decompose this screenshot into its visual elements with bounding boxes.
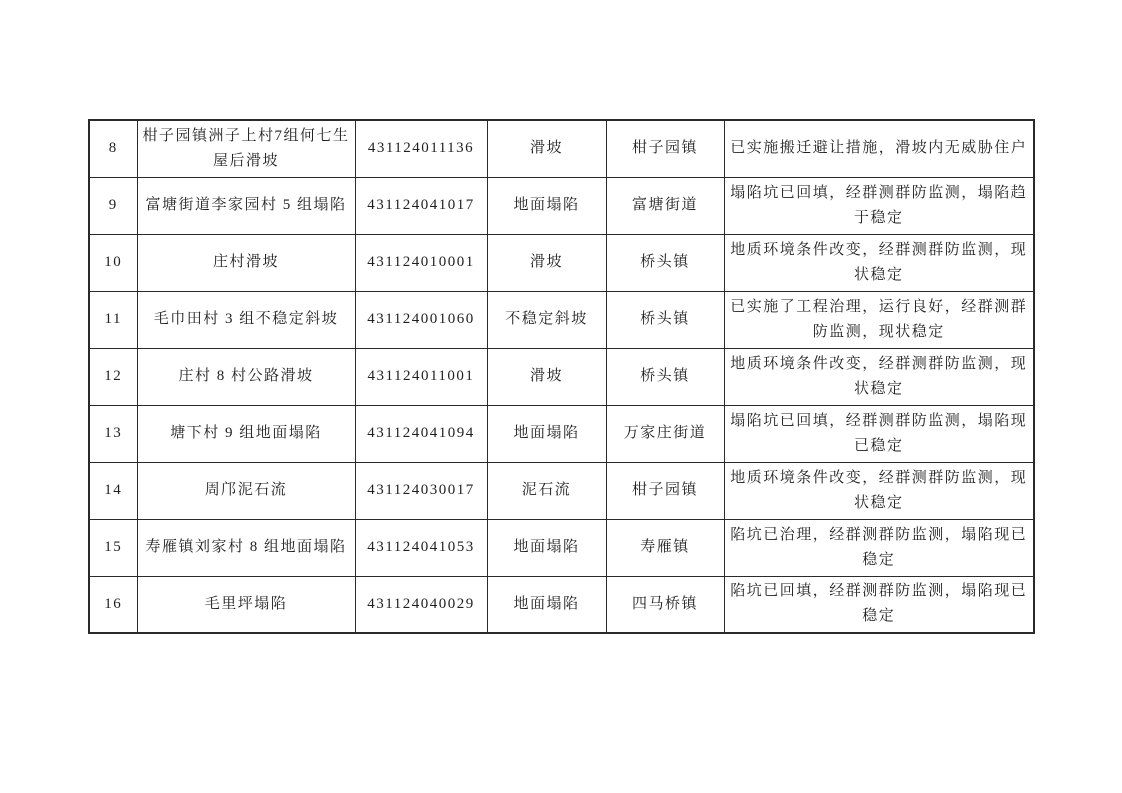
- status-cell: 地质环境条件改变，经群测群防监测，现状稳定: [724, 462, 1034, 519]
- status-cell: 塌陷坑已回填，经群测群防监测，塌陷趋于稳定: [724, 177, 1034, 234]
- row-number-cell: 9: [89, 177, 137, 234]
- row-number-cell: 16: [89, 576, 137, 633]
- hazard-type-cell: 滑坡: [487, 234, 606, 291]
- hazard-type-cell: 地面塌陷: [487, 177, 606, 234]
- hazard-table: 8 柑子园镇洲子上村7组何七生屋后滑坡 431124011136 滑坡 柑子园镇…: [88, 119, 1035, 634]
- hazard-name-cell: 富塘街道李家园村 5 组塌陷: [137, 177, 355, 234]
- table-row: 8 柑子园镇洲子上村7组何七生屋后滑坡 431124011136 滑坡 柑子园镇…: [89, 120, 1034, 177]
- status-cell: 地质环境条件改变，经群测群防监测，现状稳定: [724, 348, 1034, 405]
- hazard-type-cell: 滑坡: [487, 120, 606, 177]
- town-cell: 柑子园镇: [606, 462, 724, 519]
- town-cell: 富塘街道: [606, 177, 724, 234]
- hazard-name-cell: 周邝泥石流: [137, 462, 355, 519]
- table-row: 16 毛里坪塌陷 431124040029 地面塌陷 四马桥镇 陷坑已回填，经群…: [89, 576, 1034, 633]
- row-number-cell: 11: [89, 291, 137, 348]
- hazard-code-cell: 431124001060: [355, 291, 487, 348]
- row-number-cell: 10: [89, 234, 137, 291]
- row-number-cell: 15: [89, 519, 137, 576]
- hazard-code-cell: 431124011001: [355, 348, 487, 405]
- table-row: 12 庄村 8 村公路滑坡 431124011001 滑坡 桥头镇 地质环境条件…: [89, 348, 1034, 405]
- status-cell: 已实施搬迁避让措施，滑坡内无威胁住户: [724, 120, 1034, 177]
- table-row: 15 寿雁镇刘家村 8 组地面塌陷 431124041053 地面塌陷 寿雁镇 …: [89, 519, 1034, 576]
- hazard-type-cell: 地面塌陷: [487, 519, 606, 576]
- hazard-code-cell: 431124041094: [355, 405, 487, 462]
- status-cell: 地质环境条件改变，经群测群防监测，现状稳定: [724, 234, 1034, 291]
- document-page: 8 柑子园镇洲子上村7组何七生屋后滑坡 431124011136 滑坡 柑子园镇…: [0, 0, 1122, 793]
- hazard-type-cell: 地面塌陷: [487, 405, 606, 462]
- hazard-type-cell: 泥石流: [487, 462, 606, 519]
- town-cell: 寿雁镇: [606, 519, 724, 576]
- table-row: 10 庄村滑坡 431124010001 滑坡 桥头镇 地质环境条件改变，经群测…: [89, 234, 1034, 291]
- hazard-code-cell: 431124041053: [355, 519, 487, 576]
- row-number-cell: 14: [89, 462, 137, 519]
- hazard-name-cell: 塘下村 9 组地面塌陷: [137, 405, 355, 462]
- town-cell: 桥头镇: [606, 234, 724, 291]
- table-row: 14 周邝泥石流 431124030017 泥石流 柑子园镇 地质环境条件改变，…: [89, 462, 1034, 519]
- hazard-name-cell: 毛里坪塌陷: [137, 576, 355, 633]
- status-cell: 陷坑已回填，经群测群防监测，塌陷现已稳定: [724, 576, 1034, 633]
- town-cell: 桥头镇: [606, 348, 724, 405]
- hazard-code-cell: 431124040029: [355, 576, 487, 633]
- hazard-type-cell: 不稳定斜坡: [487, 291, 606, 348]
- row-number-cell: 12: [89, 348, 137, 405]
- town-cell: 柑子园镇: [606, 120, 724, 177]
- hazard-name-cell: 毛巾田村 3 组不稳定斜坡: [137, 291, 355, 348]
- hazard-name-cell: 寿雁镇刘家村 8 组地面塌陷: [137, 519, 355, 576]
- status-cell: 塌陷坑已回填，经群测群防监测，塌陷现已稳定: [724, 405, 1034, 462]
- hazard-code-cell: 431124041017: [355, 177, 487, 234]
- table-row: 13 塘下村 9 组地面塌陷 431124041094 地面塌陷 万家庄街道 塌…: [89, 405, 1034, 462]
- table-row: 11 毛巾田村 3 组不稳定斜坡 431124001060 不稳定斜坡 桥头镇 …: [89, 291, 1034, 348]
- hazard-code-cell: 431124011136: [355, 120, 487, 177]
- town-cell: 万家庄街道: [606, 405, 724, 462]
- hazard-table-container: 8 柑子园镇洲子上村7组何七生屋后滑坡 431124011136 滑坡 柑子园镇…: [88, 119, 1035, 634]
- hazard-code-cell: 431124010001: [355, 234, 487, 291]
- hazard-name-cell: 柑子园镇洲子上村7组何七生屋后滑坡: [137, 120, 355, 177]
- town-cell: 桥头镇: [606, 291, 724, 348]
- table-row: 9 富塘街道李家园村 5 组塌陷 431124041017 地面塌陷 富塘街道 …: [89, 177, 1034, 234]
- hazard-name-cell: 庄村滑坡: [137, 234, 355, 291]
- hazard-name-cell: 庄村 8 村公路滑坡: [137, 348, 355, 405]
- hazard-table-body: 8 柑子园镇洲子上村7组何七生屋后滑坡 431124011136 滑坡 柑子园镇…: [89, 120, 1034, 633]
- hazard-type-cell: 滑坡: [487, 348, 606, 405]
- status-cell: 已实施了工程治理，运行良好，经群测群防监测，现状稳定: [724, 291, 1034, 348]
- hazard-type-cell: 地面塌陷: [487, 576, 606, 633]
- row-number-cell: 8: [89, 120, 137, 177]
- town-cell: 四马桥镇: [606, 576, 724, 633]
- status-cell: 陷坑已治理，经群测群防监测，塌陷现已稳定: [724, 519, 1034, 576]
- hazard-code-cell: 431124030017: [355, 462, 487, 519]
- row-number-cell: 13: [89, 405, 137, 462]
